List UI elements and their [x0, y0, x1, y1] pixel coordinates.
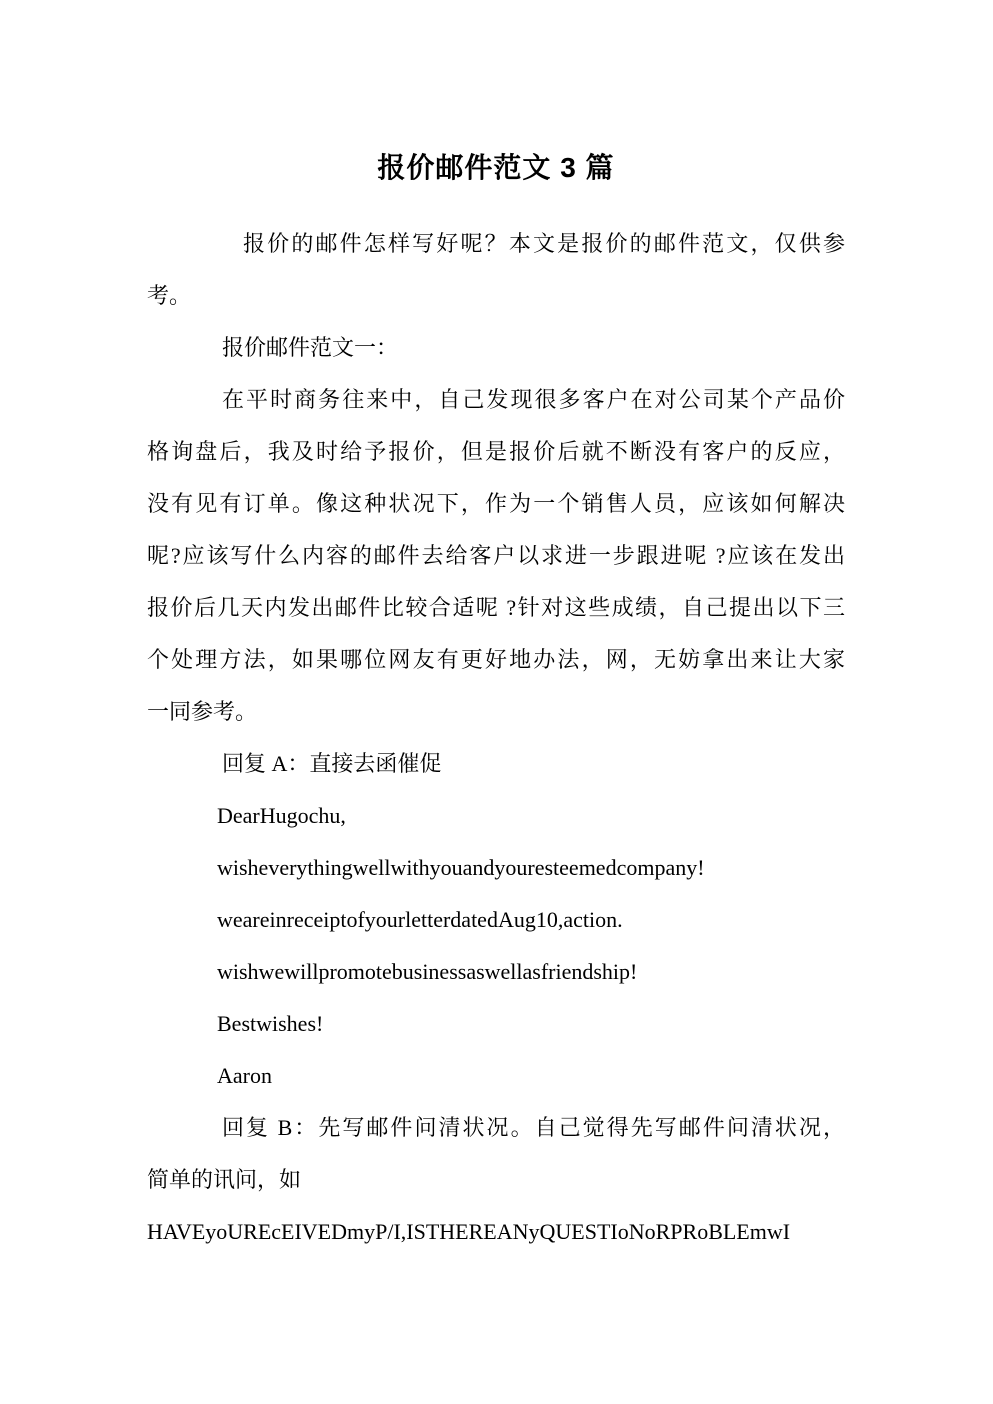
text-line: 回复 A：直接去函催促 [147, 738, 845, 790]
paragraph-reply-b-label: 回复 B：先写邮件问清状况。自己觉得先写邮件问清状况，简单的讯问，如 [147, 1102, 845, 1206]
document-body: 报价的邮件怎样写好呢？本文是报价的邮件范文，仅供参考。报价邮件范文一：在平时商务… [147, 218, 845, 1258]
document-content: 报价邮件范文 3 篇 报价的邮件怎样写好呢？本文是报价的邮件范文，仅供参考。报价… [147, 142, 845, 1258]
text-line: 考。 [147, 270, 845, 322]
text-line: 报价后几天内发出邮件比较合适呢 ?针对这些成绩，自己提出以下三 [147, 582, 845, 634]
text-line: DearHugochu, [147, 790, 845, 842]
text-line: wishwewillpromotebusinessaswellasfriends… [147, 946, 845, 998]
text-line: 呢?应该写什么内容的邮件去给客户以求进一步跟进呢 ?应该在发出 [147, 530, 845, 582]
text-line: 回复 B：先写邮件问清状况。自己觉得先写邮件问清状况， [147, 1102, 845, 1154]
text-line: 个处理方法，如果哪位网友有更好地办法，网，无妨拿出来让大家 [147, 634, 845, 686]
document-title: 报价邮件范文 3 篇 [147, 142, 845, 194]
paragraph-section-label: 报价邮件范文一： [147, 322, 845, 374]
text-line: 报价的邮件怎样写好呢？本文是报价的邮件范文，仅供参 [147, 218, 845, 270]
text-line: Bestwishes! [147, 998, 845, 1050]
text-line: HAVEyoUREcEIVEDmyP/I,ISTHEREANyQUESTIoNo… [147, 1206, 845, 1258]
paragraph-intro: 报价的邮件怎样写好呢？本文是报价的邮件范文，仅供参考。 [147, 218, 845, 322]
paragraph-email-line: wishwewillpromotebusinessaswellasfriends… [147, 946, 845, 998]
paragraph-body-sample-one: 在平时商务往来中，自己发现很多客户在对公司某个产品价格询盘后，我及时给予报价，但… [147, 374, 845, 738]
document-page: 报价邮件范文 3 篇 报价的邮件怎样写好呢？本文是报价的邮件范文，仅供参考。报价… [0, 0, 993, 1404]
text-line: 一同参考。 [147, 686, 845, 738]
paragraph-email-closing: Bestwishes! [147, 998, 845, 1050]
paragraph-email-salutation: DearHugochu, [147, 790, 845, 842]
paragraph-reply-a-label: 回复 A：直接去函催促 [147, 738, 845, 790]
text-line: 在平时商务往来中，自己发现很多客户在对公司某个产品价 [147, 374, 845, 426]
text-line: 没有见有订单。像这种状况下，作为一个销售人员，应该如何解决 [147, 478, 845, 530]
text-line: 报价邮件范文一： [147, 322, 845, 374]
text-line: 格询盘后，我及时给予报价，但是报价后就不断没有客户的反应， [147, 426, 845, 478]
paragraph-email-line: weareinreceiptofyourletterdatedAug10,act… [147, 894, 845, 946]
text-line: weareinreceiptofyourletterdatedAug10,act… [147, 894, 845, 946]
text-line: 简单的讯问，如 [147, 1154, 845, 1206]
paragraph-email-signature: Aaron [147, 1050, 845, 1102]
text-line: Aaron [147, 1050, 845, 1102]
paragraph-email-line: wisheverythingwellwithyouandyouresteemed… [147, 842, 845, 894]
text-line: wisheverythingwellwithyouandyouresteemed… [147, 842, 845, 894]
paragraph-email-question: HAVEyoUREcEIVEDmyP/I,ISTHEREANyQUESTIoNo… [147, 1206, 845, 1258]
